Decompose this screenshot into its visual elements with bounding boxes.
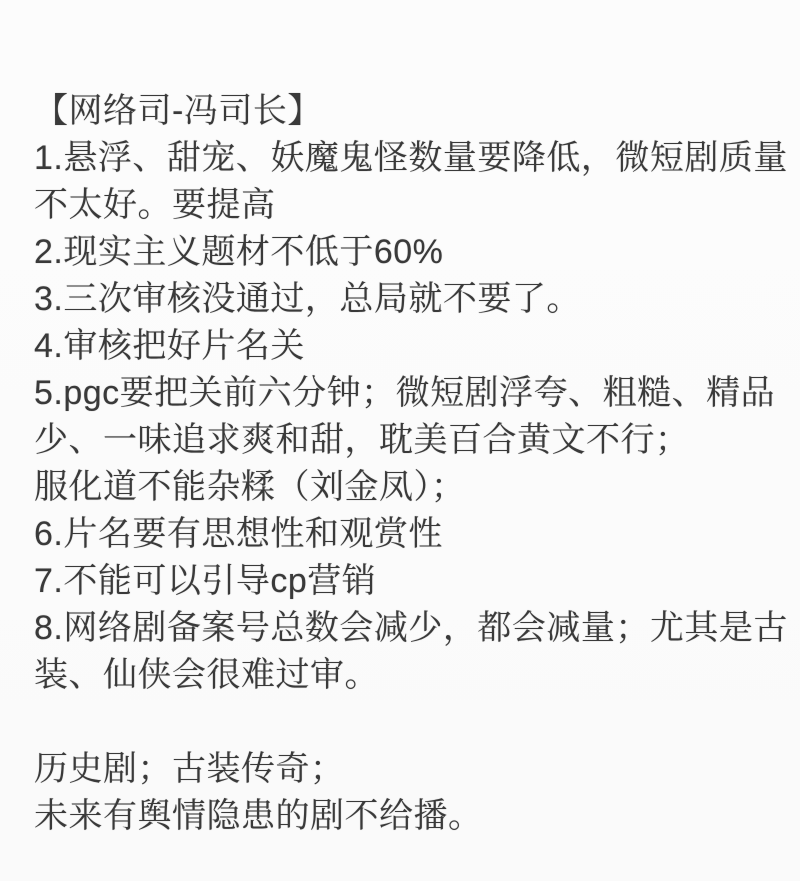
note-line-15: 未来有舆情隐患的剧不给播。 (34, 793, 770, 840)
note-line-11: 8.网络剧备案号总数会减少，都会减量；尤其是古 (34, 605, 770, 652)
note-line-2: 不太好。要提高 (34, 182, 770, 229)
note-title: 【网络司-冯司长】 (34, 88, 770, 135)
notes-page: 【网络司-冯司长】 1.悬浮、甜宠、妖魔鬼怪数量要降低，微短剧质量 不太好。要提… (0, 0, 800, 881)
note-line-14: 历史剧；古装传奇； (34, 746, 770, 793)
note-line-4: 3.三次审核没通过，总局就不要了。 (34, 276, 770, 323)
note-line-9: 6.片名要有思想性和观赏性 (34, 511, 770, 558)
note-line-7: 少、一味追求爽和甜，耽美百合黄文不行； (34, 417, 770, 464)
note-line-12: 装、仙侠会很难过审。 (34, 652, 770, 699)
note-line-8: 服化道不能杂糅（刘金凤）； (34, 464, 770, 511)
note-line-6: 5.pgc要把关前六分钟；微短剧浮夸、粗糙、精品 (34, 370, 770, 417)
document-text: 【网络司-冯司长】 1.悬浮、甜宠、妖魔鬼怪数量要降低，微短剧质量 不太好。要提… (0, 0, 800, 840)
note-line-3: 2.现实主义题材不低于60% (34, 229, 770, 276)
note-line-1: 1.悬浮、甜宠、妖魔鬼怪数量要降低，微短剧质量 (34, 135, 770, 182)
note-line-10: 7.不能可以引导cp营销 (34, 558, 770, 605)
note-line-5: 4.审核把好片名关 (34, 323, 770, 370)
blank-line (34, 699, 770, 746)
